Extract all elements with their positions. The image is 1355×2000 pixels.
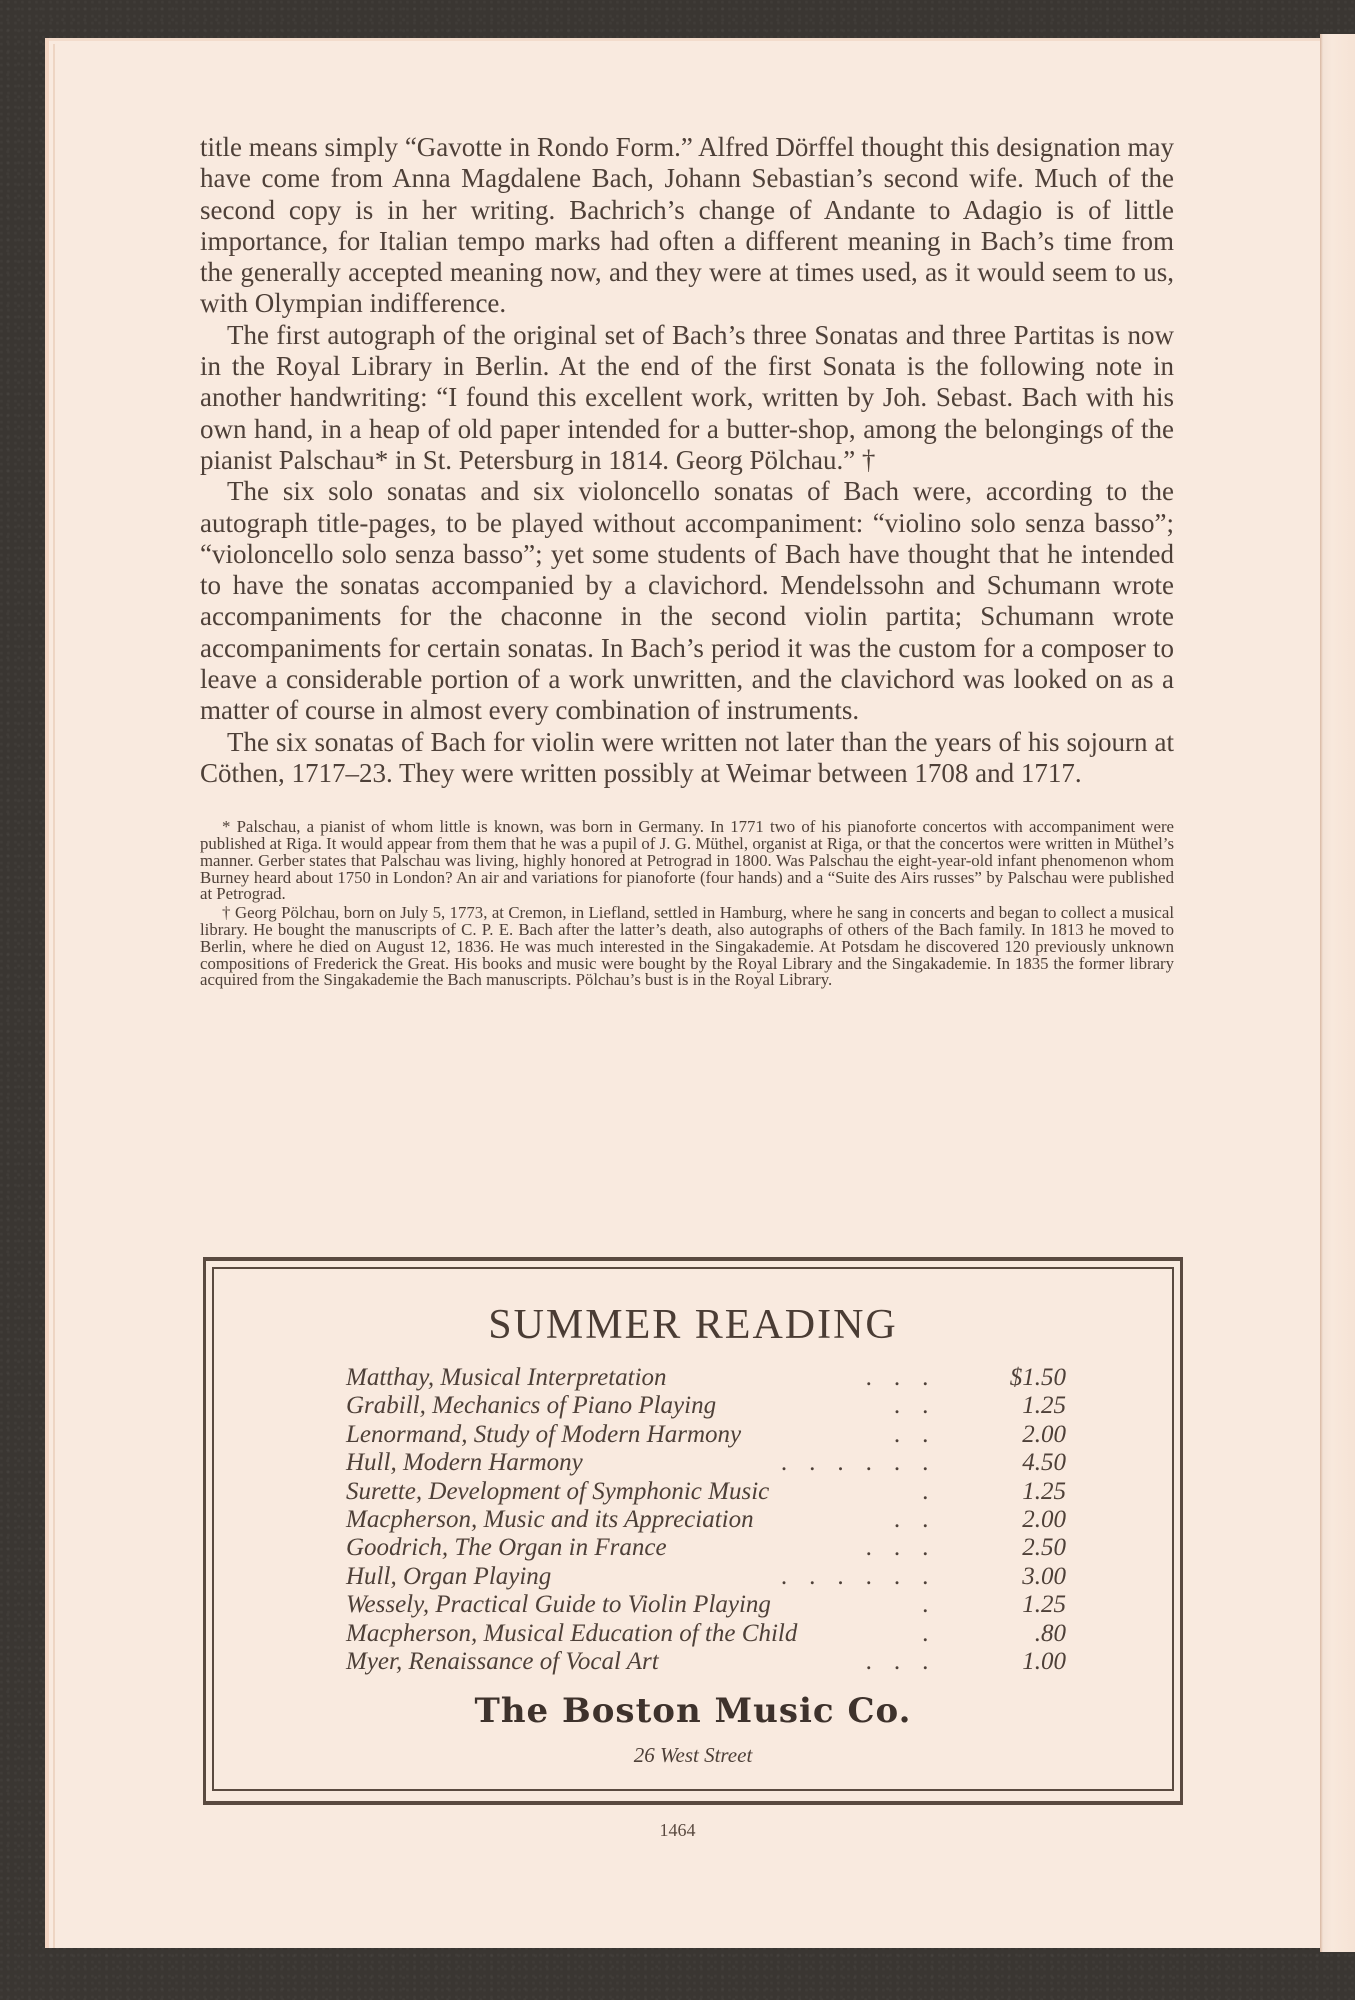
leader-dots: ......: [583, 1449, 981, 1477]
book-row: Macpherson, Musical Education of the Chi…: [346, 1620, 1066, 1648]
book-row: Lenormand, Study of Modern Harmony .. 2.…: [346, 1421, 1066, 1449]
book-price: 2.00: [981, 1506, 1066, 1534]
book-title: Surette, Development of Symphonic Music: [346, 1478, 769, 1506]
book-price: 4.50: [981, 1449, 1066, 1477]
book-title: Matthay, Musical Interpretation: [346, 1364, 667, 1392]
book-title: Hull, Modern Harmony: [346, 1449, 583, 1477]
book-price: 2.50: [981, 1534, 1066, 1562]
leader-dots: ..: [754, 1506, 981, 1534]
book-list: Matthay, Musical Interpretation ... $1.5…: [346, 1364, 1066, 1676]
book-row: Surette, Development of Symphonic Music …: [346, 1478, 1066, 1506]
book-title: Grabill, Mechanics of Piano Playing: [346, 1392, 716, 1420]
footnote-palschau: * Palschau, a pianist of whom little is …: [200, 819, 1174, 903]
advertisement-box: SUMMER READING Matthay, Musical Interpre…: [203, 1257, 1183, 1805]
footnotes: * Palschau, a pianist of whom little is …: [200, 819, 1174, 989]
advertisement-title: SUMMER READING: [206, 1301, 1180, 1349]
book-row: Goodrich, The Organ in France ... 2.50: [346, 1534, 1066, 1562]
book-row: Matthay, Musical Interpretation ... $1.5…: [346, 1364, 1066, 1392]
main-text: title means simply “Gavotte in Rondo For…: [200, 132, 1174, 991]
leader-dots: ...: [667, 1534, 981, 1562]
leader-dots: ...: [667, 1364, 981, 1392]
book-price: 2.00: [981, 1421, 1066, 1449]
publisher-name: The Boston Music Co.: [206, 1691, 1180, 1731]
book-row: Wessely, Practical Guide to Violin Playi…: [346, 1591, 1066, 1619]
book-row: Macpherson, Music and its Appreciation .…: [346, 1506, 1066, 1534]
paragraph-continuation: title means simply “Gavotte in Rondo For…: [200, 132, 1174, 320]
book-row: Grabill, Mechanics of Piano Playing .. 1…: [346, 1392, 1066, 1420]
book-row: Hull, Organ Playing ...... 3.00: [346, 1563, 1066, 1591]
book-price: 1.25: [981, 1478, 1066, 1506]
page-number: 1464: [0, 1820, 1355, 1841]
book-price: 1.25: [981, 1591, 1066, 1619]
paragraph-autograph: The first autograph of the original set …: [200, 320, 1174, 476]
publisher-address: 26 West Street: [206, 1743, 1180, 1768]
leader-dots: ..: [716, 1392, 981, 1420]
book-title: Goodrich, The Organ in France: [346, 1534, 667, 1562]
book-title: Lenormand, Study of Modern Harmony: [346, 1421, 741, 1449]
leader-dots: .: [797, 1620, 981, 1648]
book-price: 3.00: [981, 1563, 1066, 1591]
footnote-polchau: † Georg Pölchau, born on July 5, 1773, a…: [200, 905, 1174, 989]
book-title: Myer, Renaissance of Vocal Art: [346, 1648, 659, 1676]
leader-dots: .: [771, 1591, 981, 1619]
page-edge: [53, 44, 55, 1948]
leader-dots: .: [769, 1478, 981, 1506]
book-title: Macpherson, Musical Education of the Chi…: [346, 1620, 797, 1648]
book-title: Macpherson, Music and its Appreciation: [346, 1506, 754, 1534]
book-row: Hull, Modern Harmony ...... 4.50: [346, 1449, 1066, 1477]
book-price: 1.25: [981, 1392, 1066, 1420]
book-title: Hull, Organ Playing: [346, 1563, 551, 1591]
paragraph-dating: The six sonatas of Bach for violin were …: [200, 727, 1174, 790]
paragraph-solo-sonatas: The six solo sonatas and six violoncello…: [200, 476, 1174, 726]
leader-dots: ...: [659, 1648, 981, 1676]
next-page-edge: [1320, 34, 1355, 1952]
book-price: 1.00: [981, 1648, 1066, 1676]
leader-dots: ..: [741, 1421, 981, 1449]
book-price: .80: [981, 1620, 1066, 1648]
book-title: Wessely, Practical Guide to Violin Playi…: [346, 1591, 771, 1619]
book-row: Myer, Renaissance of Vocal Art ... 1.00: [346, 1648, 1066, 1676]
leader-dots: ......: [551, 1563, 981, 1591]
book-price: $1.50: [981, 1364, 1066, 1392]
